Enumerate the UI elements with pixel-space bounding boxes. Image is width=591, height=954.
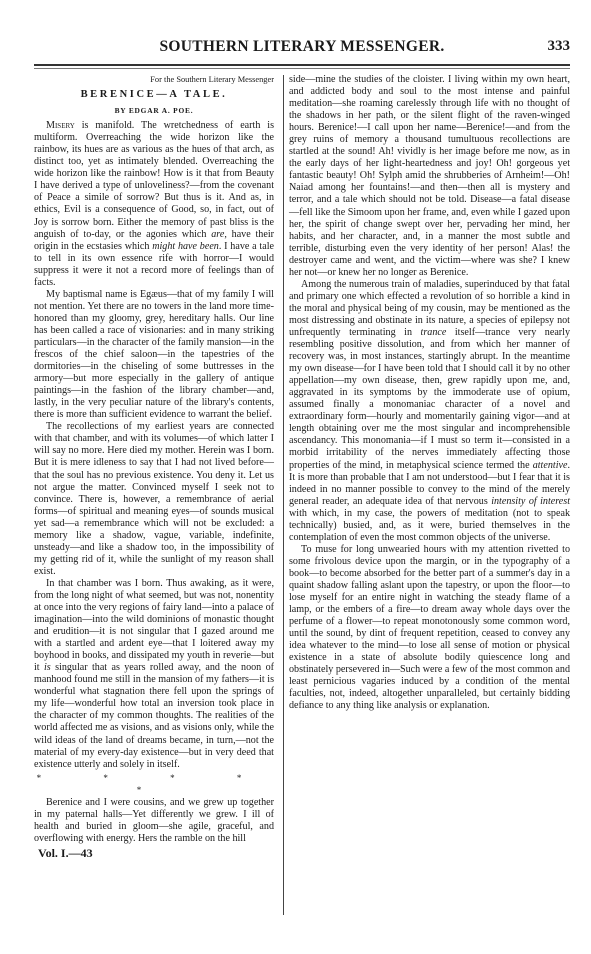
running-title: SOUTHERN LITERARY MESSENGER. — [34, 38, 570, 56]
left-column: For the Southern Literary Messenger BERE… — [34, 74, 274, 859]
byline: BY EDGAR A. POE. — [34, 105, 274, 117]
right-column: side—mine the studies of the cloister. I… — [289, 74, 570, 712]
paragraph: My baptismal name is Egæus—that of my fa… — [34, 289, 274, 422]
paragraph: In that chamber was I born. Thus awaking… — [34, 578, 274, 771]
paragraph: The recollections of my earliest years a… — [34, 421, 274, 578]
drop-word: Misery — [46, 120, 75, 131]
volume-signature: Vol. I.—43 — [34, 847, 274, 859]
source-note: For the Southern Literary Messenger — [34, 74, 274, 86]
story-title: BERENICE—A TALE. — [34, 89, 274, 101]
paragraph: To muse for long unwearied hours with my… — [289, 544, 570, 713]
page-number: 333 — [548, 38, 571, 55]
section-break: * * * * * — [34, 772, 274, 796]
paragraph: Berenice and I were cousins, and we grew… — [34, 797, 274, 845]
paragraph: Among the numerous train of maladies, su… — [289, 279, 570, 544]
paragraph: side—mine the studies of the cloister. I… — [289, 74, 570, 279]
header-rule-thin — [34, 68, 570, 69]
paragraph: Misery is manifold. The wretchedness of … — [34, 120, 274, 289]
header-rule — [34, 64, 570, 66]
column-divider — [283, 75, 284, 915]
page-header: SOUTHERN LITERARY MESSENGER. 333 — [34, 38, 570, 60]
